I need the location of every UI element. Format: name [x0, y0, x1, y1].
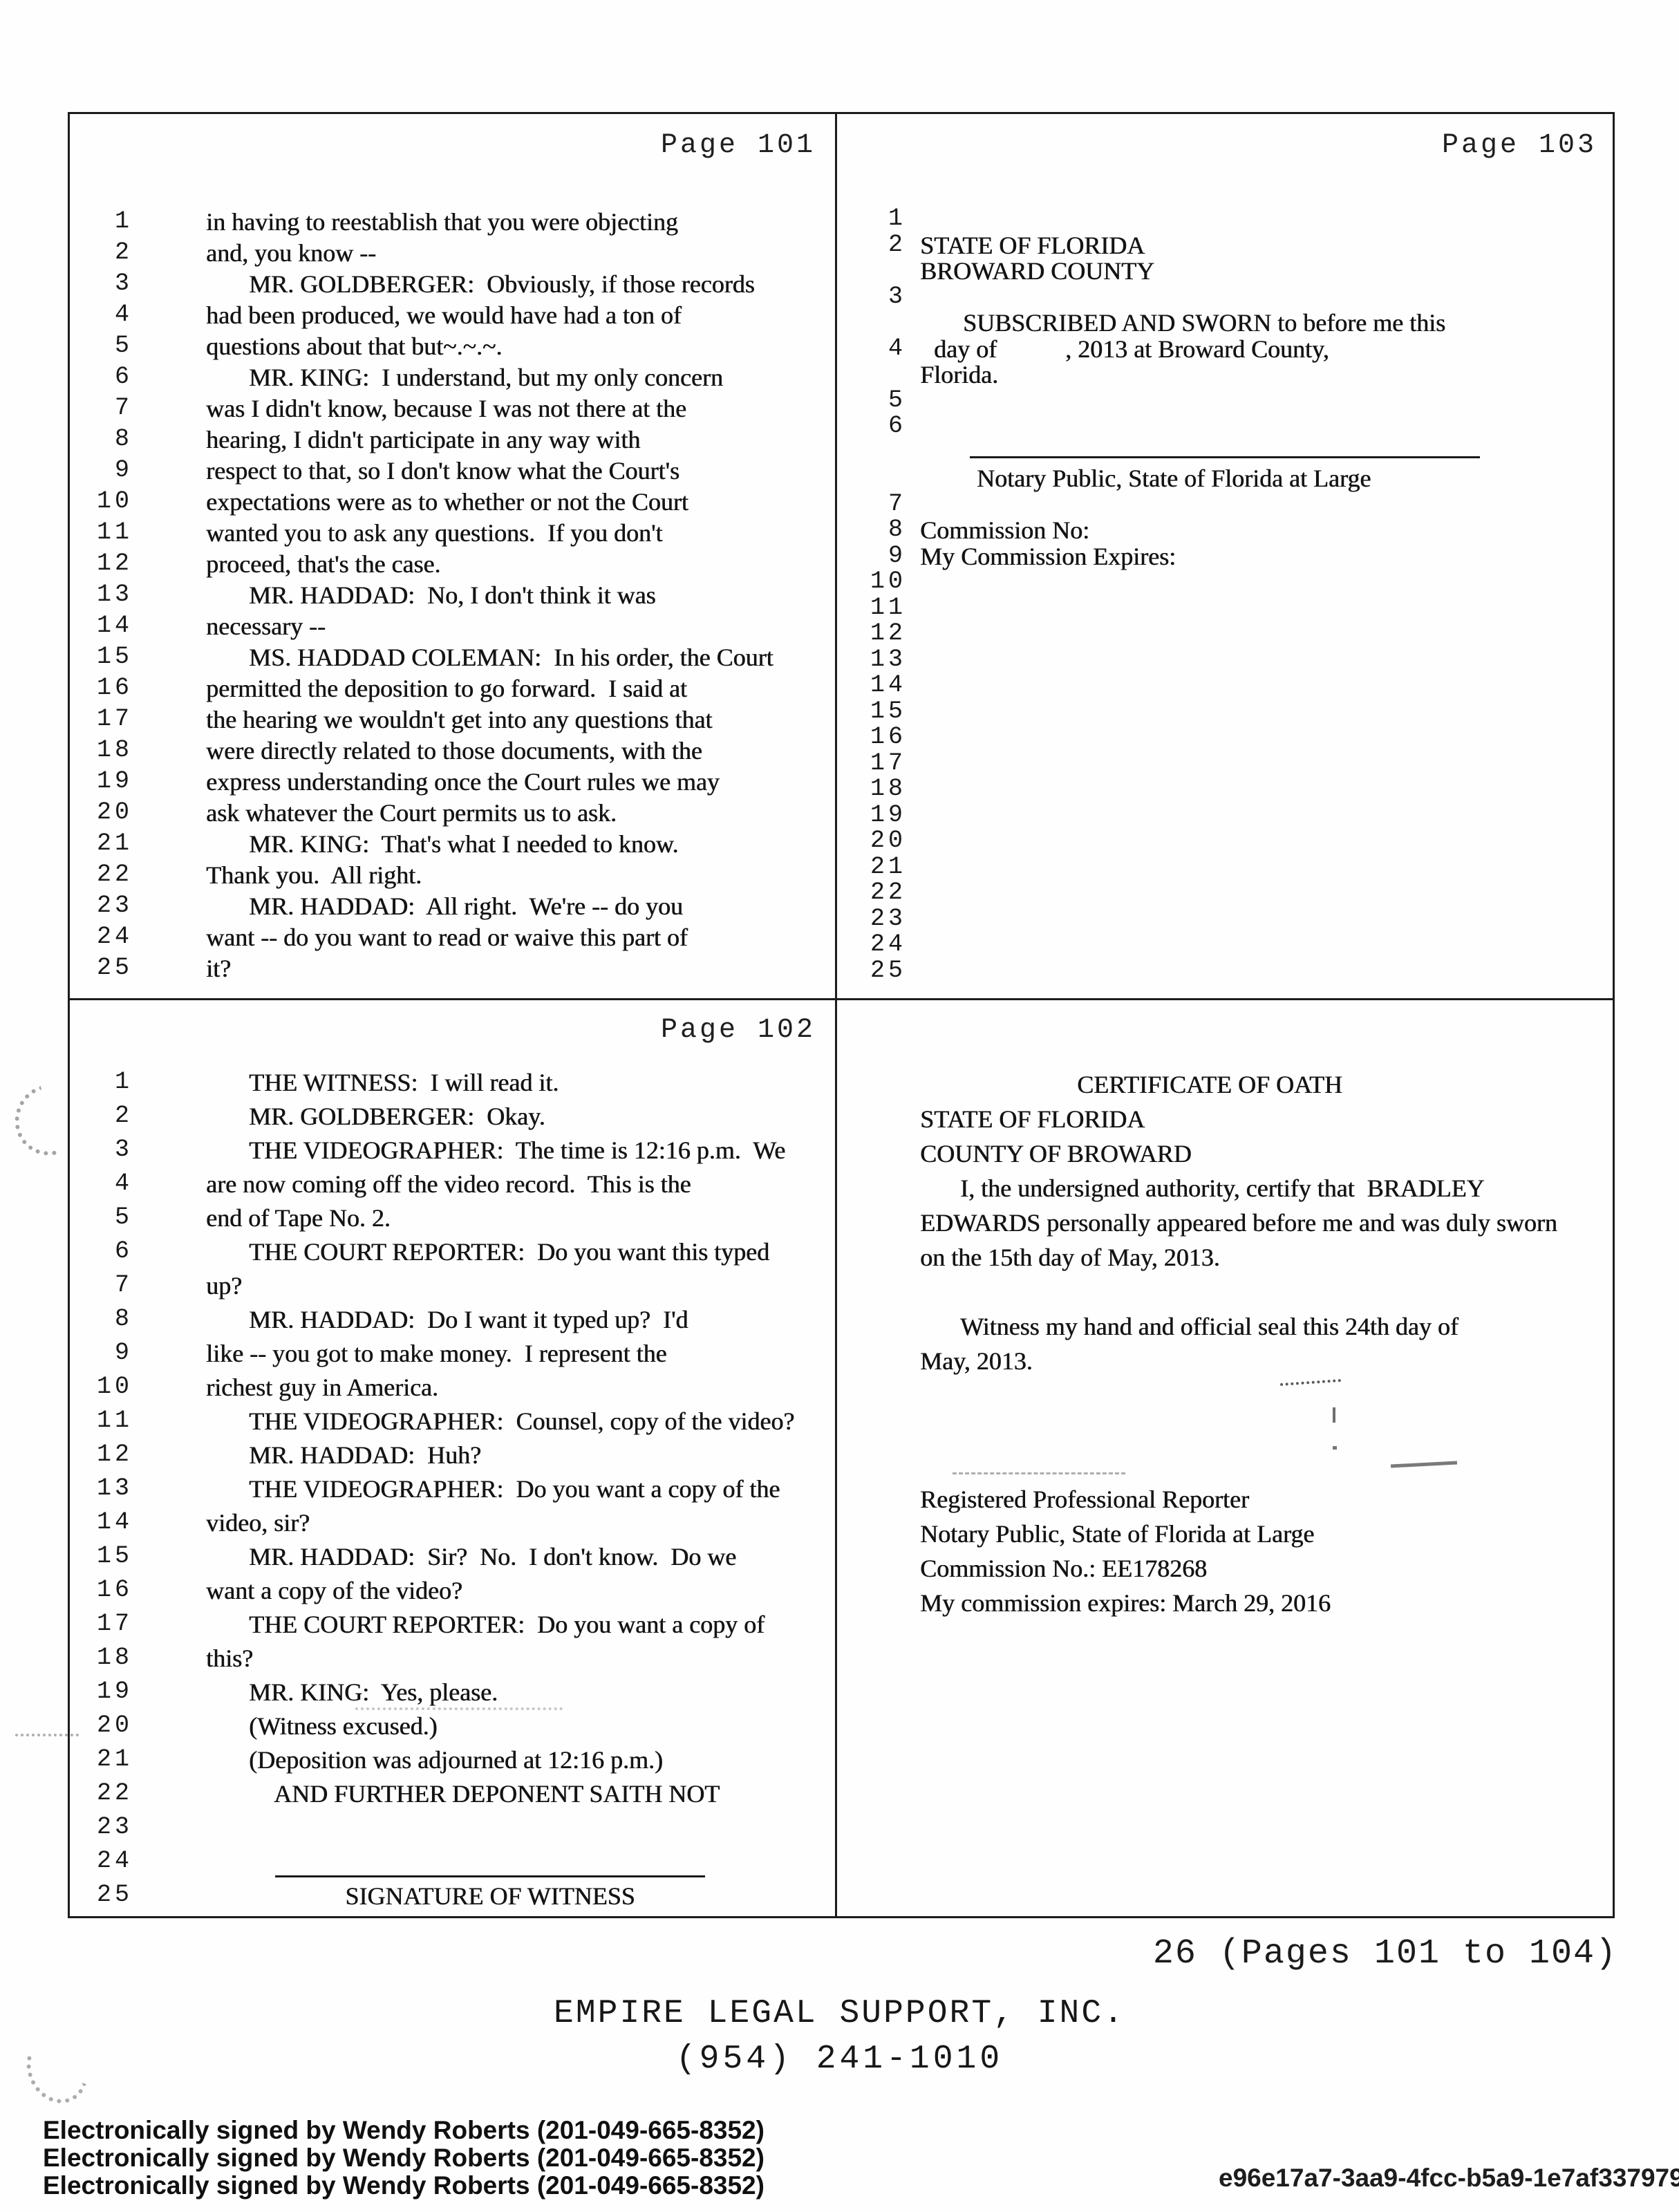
- certificate-line: [837, 1416, 1617, 1450]
- transcript-line: 19 MR. KING: Yes, please.: [68, 1678, 832, 1712]
- line-number: 7: [73, 394, 133, 422]
- page-101-transcript: 1 in having to reestablish that you were…: [68, 207, 832, 985]
- line-number: 25: [73, 1881, 133, 1909]
- certificate-line: Notary Public, State of Florida at Large: [837, 1519, 1617, 1554]
- transcript-line: 21 MR. KING: That's what I needed to kno…: [68, 829, 832, 861]
- line-number: 23: [73, 892, 133, 919]
- line-number: 3: [848, 283, 906, 310]
- line-number: 23: [848, 905, 906, 932]
- esign-text: Electronically signed by Wendy Roberts (…: [43, 2117, 765, 2144]
- line-number: 2: [848, 231, 906, 259]
- line-text: MR. GOLDBERGER: Obviously, if those reco…: [249, 270, 829, 299]
- line-text: MR. HADDAD: All right. We're -- do you: [249, 892, 829, 921]
- esign-line: Electronically signed by Wendy Roberts (…: [43, 2144, 765, 2172]
- certificate-line: I, the undersigned authority, certify th…: [837, 1174, 1617, 1208]
- page-103-transcript: 1 2 STATE OF FLORIDA BROWARD COUNTY 3 SU…: [837, 205, 1617, 982]
- line-number: 16: [73, 1576, 133, 1604]
- scan-smudge-icon: [16, 2025, 99, 2113]
- line-number: 14: [848, 671, 906, 699]
- transcript-line: 10 expectations were as to whether or no…: [68, 487, 832, 518]
- transcript-line: 16: [837, 723, 1617, 749]
- line-text: THE VIDEOGRAPHER: Counsel, copy of the v…: [249, 1407, 829, 1436]
- reporter-signature-remnant-icon: [953, 1472, 1125, 1474]
- esign-line: Electronically signed by Wendy Roberts (…: [43, 2172, 765, 2200]
- line-text: Thank you. All right.: [206, 861, 829, 890]
- line-text: THE COURT REPORTER: Do you want this typ…: [249, 1237, 829, 1266]
- transcript-line: 3: [837, 283, 1617, 309]
- certificate-line: COUNTY OF BROWARD: [837, 1139, 1617, 1174]
- line-number: 16: [73, 674, 133, 702]
- transcript-line: 25 it?: [68, 954, 832, 985]
- line-number: 1: [73, 207, 133, 235]
- transcript-line: 7: [837, 490, 1617, 516]
- line-text: MR. KING: That's what I needed to know.: [249, 829, 829, 859]
- esign-block: Electronically signed by Wendy Roberts (…: [43, 2117, 765, 2200]
- transcript-line: 1 in having to reestablish that you were…: [68, 207, 832, 238]
- line-text: My commission expires: March 29, 2016: [920, 1588, 1614, 1618]
- line-number: 8: [848, 516, 906, 543]
- transcript-line: 15: [837, 697, 1617, 724]
- line-text: MR. HADDAD: Huh?: [249, 1441, 829, 1470]
- line-text: respect to that, so I don't know what th…: [206, 456, 829, 485]
- line-number: 13: [848, 646, 906, 673]
- transcript-line: 1 THE WITNESS: I will read it.: [68, 1068, 832, 1102]
- page-103-header: Page 103: [1168, 130, 1597, 161]
- line-number: 18: [73, 736, 133, 764]
- line-number: 22: [73, 1779, 133, 1807]
- line-text: THE WITNESS: I will read it.: [249, 1068, 829, 1097]
- transcript-line: 7 was I didn't know, because I was not t…: [68, 394, 832, 425]
- line-text: end of Tape No. 2.: [206, 1203, 829, 1232]
- certificate-line: May, 2013.: [837, 1347, 1617, 1381]
- transcript-line: 16 permitted the deposition to go forwar…: [68, 674, 832, 705]
- line-number: 17: [73, 705, 133, 733]
- line-text: THE COURT REPORTER: Do you want a copy o…: [249, 1610, 829, 1639]
- line-number: 4: [848, 335, 906, 362]
- line-number: 15: [73, 643, 133, 671]
- transcript-line: 14 necessary --: [68, 612, 832, 643]
- line-number: 10: [73, 1373, 133, 1400]
- line-text: necessary --: [206, 612, 829, 641]
- line-text: and, you know --: [206, 238, 829, 268]
- line-text: (Witness excused.): [249, 1712, 829, 1741]
- line-number: 3: [73, 1136, 133, 1163]
- transcript-line: 11 THE VIDEOGRAPHER: Counsel, copy of th…: [68, 1407, 832, 1441]
- line-text: (Deposition was adjourned at 12:16 p.m.): [249, 1745, 829, 1774]
- line-text: was I didn't know, because I was not the…: [206, 394, 829, 423]
- line-text: Florida.: [920, 360, 1614, 389]
- transcript-line: 6: [837, 412, 1617, 438]
- certificate-line: Commission No.: EE178268: [837, 1554, 1617, 1588]
- transcript-line: 15 MS. HADDAD COLEMAN: In his order, the…: [68, 643, 832, 674]
- line-number: 25: [73, 954, 133, 982]
- line-text: Witness my hand and official seal this 2…: [960, 1312, 1614, 1341]
- line-number: 21: [848, 853, 906, 881]
- line-number: 21: [73, 1745, 133, 1773]
- transcript-line: 14 video, sir?: [68, 1508, 832, 1542]
- line-text: it?: [206, 954, 829, 983]
- esign-text: Electronically signed by Wendy Roberts (…: [43, 2172, 765, 2200]
- transcript-line: 22: [837, 879, 1617, 905]
- line-text: Notary Public, State of Florida at Large: [977, 464, 1614, 493]
- line-text: hearing, I didn't participate in any way…: [206, 425, 829, 454]
- transcript-line: 16 want a copy of the video?: [68, 1576, 832, 1610]
- line-number: 10: [73, 487, 133, 515]
- line-text: permitted the deposition to go forward. …: [206, 674, 829, 703]
- line-text: BROWARD COUNTY: [920, 256, 1614, 285]
- line-number: 19: [848, 801, 906, 829]
- transcript-line: 1: [837, 205, 1617, 231]
- line-number: 3: [73, 270, 133, 297]
- line-number: 13: [73, 1474, 133, 1502]
- line-text: CERTIFICATE OF OATH: [920, 1070, 1499, 1099]
- transcript-line: 21 (Deposition was adjourned at 12:16 p.…: [68, 1745, 832, 1779]
- line-number: 12: [73, 1441, 133, 1468]
- line-number: 19: [73, 1678, 133, 1705]
- certificate-line: Witness my hand and official seal this 2…: [837, 1312, 1617, 1347]
- transcript-line: 25: [837, 957, 1617, 983]
- line-number: 6: [73, 363, 133, 391]
- transcript-line: Florida.: [837, 360, 1617, 386]
- scan-speck-icon: [1333, 1407, 1335, 1423]
- row-divider: [68, 998, 1615, 1000]
- footer-company-name: EMPIRE LEGAL SUPPORT, INC.: [0, 1995, 1679, 2032]
- line-text: richest guy in America.: [206, 1373, 829, 1402]
- transcript-line: 19: [837, 801, 1617, 827]
- line-number: 16: [848, 723, 906, 751]
- line-text: SUBSCRIBED AND SWORN to before me this: [963, 308, 1614, 337]
- transcript-line: 8 MR. HADDAD: Do I want it typed up? I'd: [68, 1305, 832, 1339]
- transcript-line: 13 THE VIDEOGRAPHER: Do you want a copy …: [68, 1474, 832, 1508]
- line-number: 9: [73, 456, 133, 484]
- scanned-deposition-page: Page 101 Page 103 Page 102 1 in having t…: [0, 0, 1679, 2212]
- transcript-line: SUBSCRIBED AND SWORN to before me this: [837, 308, 1617, 335]
- line-text: SIGNATURE OF WITNESS: [275, 1875, 705, 1911]
- line-text: on the 15th day of May, 2013.: [920, 1243, 1614, 1272]
- line-number: 17: [848, 749, 906, 777]
- certificate-line: [837, 1277, 1617, 1312]
- scan-speck-icon: [15, 1734, 79, 1736]
- line-number: 23: [73, 1813, 133, 1841]
- transcript-line: 5 questions about that but~.~.~.: [68, 332, 832, 363]
- transcript-line: 2 STATE OF FLORIDA: [837, 231, 1617, 257]
- line-number: 4: [73, 1170, 133, 1197]
- transcript-line: 3 MR. GOLDBERGER: Obviously, if those re…: [68, 270, 832, 301]
- scan-speck-icon: [1333, 1446, 1337, 1450]
- transcript-line: 23: [837, 905, 1617, 931]
- transcript-line: 12 proceed, that's the case.: [68, 550, 832, 581]
- line-text: the hearing we wouldn't get into any que…: [206, 705, 829, 734]
- line-number: 22: [848, 879, 906, 906]
- transcript-line: 23 MR. HADDAD: All right. We're -- do yo…: [68, 892, 832, 923]
- line-number: 18: [848, 775, 906, 803]
- line-number: 1: [73, 1068, 133, 1096]
- line-text: Notary Public, State of Florida at Large: [920, 1519, 1614, 1548]
- line-number: 22: [73, 861, 133, 888]
- transcript-line: Notary Public, State of Florida at Large: [837, 464, 1617, 490]
- line-text: MR. HADDAD: No, I don't think it was: [249, 581, 829, 610]
- line-text: MR. HADDAD: Do I want it typed up? I'd: [249, 1305, 829, 1334]
- transcript-line: 13: [837, 646, 1617, 672]
- certificate-line: EDWARDS personally appeared before me an…: [837, 1208, 1617, 1243]
- line-text: up?: [206, 1271, 829, 1300]
- line-text: expectations were as to whether or not t…: [206, 487, 829, 516]
- line-text: AND FURTHER DEPONENT SAITH NOT: [274, 1779, 829, 1808]
- transcript-line: 9 like -- you got to make money. I repre…: [68, 1339, 832, 1373]
- line-number: 1: [848, 205, 906, 232]
- line-number: 6: [73, 1237, 133, 1265]
- transcript-line: 20: [837, 827, 1617, 853]
- line-number: 17: [73, 1610, 133, 1638]
- transcript-line: 9 My Commission Expires:: [837, 542, 1617, 568]
- transcript-line: 4 day of , 2013 at Broward County,: [837, 335, 1617, 361]
- transcript-line: 10 richest guy in America.: [68, 1373, 832, 1407]
- line-number: 5: [848, 386, 906, 414]
- certificate-line: STATE OF FLORIDA: [837, 1105, 1617, 1139]
- certificate-line: Registered Professional Reporter: [837, 1485, 1617, 1519]
- line-number: 8: [73, 425, 133, 453]
- line-number: 19: [73, 767, 133, 795]
- line-number: 12: [73, 550, 133, 577]
- footer-phone: (954) 241-1010: [0, 2041, 1679, 2078]
- certificate-line: [837, 1450, 1617, 1485]
- line-number: 20: [848, 827, 906, 854]
- transcript-line: 18: [837, 775, 1617, 801]
- transcript-line: 22 AND FURTHER DEPONENT SAITH NOT: [68, 1779, 832, 1813]
- transcript-line: 12 MR. HADDAD: Huh?: [68, 1441, 832, 1474]
- line-text: MR. KING: I understand, but my only conc…: [249, 363, 829, 392]
- line-number: 20: [73, 798, 133, 826]
- line-text: had been produced, we would have had a t…: [206, 301, 829, 330]
- transcript-line: 17 the hearing we wouldn't get into any …: [68, 705, 832, 736]
- esign-line: Electronically signed by Wendy Roberts (…: [43, 2117, 765, 2144]
- transcript-line: 5: [837, 386, 1617, 413]
- transcript-line: 8 hearing, I didn't participate in any w…: [68, 425, 832, 456]
- line-text: are now coming off the video record. Thi…: [206, 1170, 829, 1199]
- transcript-line: 25 SIGNATURE OF WITNESS: [68, 1881, 832, 1915]
- transcript-line: 23: [68, 1813, 832, 1847]
- line-text: express understanding once the Court rul…: [206, 767, 829, 796]
- line-number: 7: [73, 1271, 133, 1299]
- transcript-line: 11: [837, 594, 1617, 620]
- line-text: questions about that but~.~.~.: [206, 332, 829, 361]
- transcript-line: 18 were directly related to those docume…: [68, 736, 832, 767]
- line-number: 7: [848, 490, 906, 518]
- line-number: 5: [73, 1203, 133, 1231]
- line-number: 10: [848, 568, 906, 595]
- line-number: 2: [73, 238, 133, 266]
- line-number: 8: [73, 1305, 133, 1333]
- line-text: video, sir?: [206, 1508, 829, 1537]
- transcript-line: 20 (Witness excused.): [68, 1712, 832, 1745]
- line-text: MR. KING: Yes, please.: [249, 1678, 829, 1707]
- line-number: 13: [73, 581, 133, 608]
- line-number: 4: [73, 301, 133, 328]
- line-number: 24: [848, 930, 906, 958]
- line-text: COUNTY OF BROWARD: [920, 1139, 1614, 1168]
- line-text: [970, 456, 1480, 458]
- line-number: 9: [848, 542, 906, 570]
- transcript-line: 24: [837, 930, 1617, 957]
- line-text: Commission No.: EE178268: [920, 1554, 1614, 1583]
- line-number: 24: [73, 923, 133, 950]
- transcript-line: 18 this?: [68, 1644, 832, 1678]
- line-number: 11: [848, 594, 906, 621]
- transcript-line: 17 THE COURT REPORTER: Do you want a cop…: [68, 1610, 832, 1644]
- certificate-line: [837, 1381, 1617, 1416]
- line-number: 14: [73, 612, 133, 639]
- transcript-line: 8 Commission No:: [837, 516, 1617, 542]
- line-number: 15: [848, 697, 906, 725]
- transcript-line: 2 MR. GOLDBERGER: Okay.: [68, 1102, 832, 1136]
- transcript-line: 4 are now coming off the video record. T…: [68, 1170, 832, 1203]
- line-number: 9: [73, 1339, 133, 1367]
- transcript-line: 4 had been produced, we would have had a…: [68, 301, 832, 332]
- scan-speck-icon: [355, 1707, 563, 1710]
- line-text: Registered Professional Reporter: [920, 1485, 1614, 1514]
- line-number: 18: [73, 1644, 133, 1671]
- transcript-line: 20 ask whatever the Court permits us to …: [68, 798, 832, 829]
- page-102-transcript: 1 THE WITNESS: I will read it. 2 MR. GOL…: [68, 1068, 832, 1915]
- line-text: MS. HADDAD COLEMAN: In his order, the Co…: [249, 643, 829, 672]
- certificate-line: on the 15th day of May, 2013.: [837, 1243, 1617, 1277]
- line-text: wanted you to ask any questions. If you …: [206, 518, 829, 547]
- certificate-line: My commission expires: March 29, 2016: [837, 1588, 1617, 1623]
- transcript-line: 24 want -- do you want to read or waive …: [68, 923, 832, 954]
- line-text: want -- do you want to read or waive thi…: [206, 923, 829, 952]
- transcript-line: 5 end of Tape No. 2.: [68, 1203, 832, 1237]
- line-text: ask whatever the Court permits us to ask…: [206, 798, 829, 827]
- page-101-header: Page 101: [387, 130, 816, 161]
- line-text: MR. GOLDBERGER: Okay.: [249, 1102, 829, 1131]
- line-text: THE VIDEOGRAPHER: The time is 12:16 p.m.…: [249, 1136, 829, 1165]
- transcript-line: 10: [837, 568, 1617, 594]
- line-text: STATE OF FLORIDA: [920, 231, 1614, 260]
- line-text: proceed, that's the case.: [206, 550, 829, 579]
- line-number: 11: [73, 518, 133, 546]
- certificate-of-oath: CERTIFICATE OF OATH STATE OF FLORIDA COU…: [837, 1070, 1617, 1623]
- line-number: 25: [848, 957, 906, 984]
- line-text: EDWARDS personally appeared before me an…: [920, 1208, 1614, 1237]
- transcript-line: 14: [837, 671, 1617, 697]
- line-number: 21: [73, 829, 133, 857]
- transcript-line: 7 up?: [68, 1271, 832, 1305]
- transcript-line: 6 MR. KING: I understand, but my only co…: [68, 363, 832, 394]
- transcript-line: 13 MR. HADDAD: No, I don't think it was: [68, 581, 832, 612]
- line-number: 12: [848, 619, 906, 647]
- transcript-line: 2 and, you know --: [68, 238, 832, 270]
- transcript-line: 22 Thank you. All right.: [68, 861, 832, 892]
- esign-text: Electronically signed by Wendy Roberts (…: [43, 2144, 765, 2172]
- line-text: were directly related to those documents…: [206, 736, 829, 765]
- transcript-line: BROWARD COUNTY: [837, 256, 1617, 283]
- line-text: My Commission Expires:: [920, 542, 1614, 571]
- line-text: THE VIDEOGRAPHER: Do you want a copy of …: [249, 1474, 829, 1503]
- transcript-line: 17: [837, 749, 1617, 776]
- transcript-line: 15 MR. HADDAD: Sir? No. I don't know. Do…: [68, 1542, 832, 1576]
- transcript-line: 3 THE VIDEOGRAPHER: The time is 12:16 p.…: [68, 1136, 832, 1170]
- footer-page-range: 26 (Pages 101 to 104): [896, 1934, 1617, 1974]
- line-number: 24: [73, 1847, 133, 1875]
- transcript-line: [837, 438, 1617, 465]
- line-text: this?: [206, 1644, 829, 1673]
- transcript-line: 6 THE COURT REPORTER: Do you want this t…: [68, 1237, 832, 1271]
- transcript-line: 9 respect to that, so I don't know what …: [68, 456, 832, 487]
- transcript-line: 19 express understanding once the Court …: [68, 767, 832, 798]
- transcript-line: 21: [837, 853, 1617, 879]
- line-number: 11: [73, 1407, 133, 1434]
- line-number: 6: [848, 412, 906, 440]
- line-number: 14: [73, 1508, 133, 1536]
- line-text: I, the undersigned authority, certify th…: [960, 1174, 1614, 1203]
- transcript-line: 11 wanted you to ask any questions. If y…: [68, 518, 832, 550]
- line-text: day of , 2013 at Broward County,: [934, 335, 1614, 364]
- line-text: Commission No:: [920, 516, 1614, 545]
- line-number: 15: [73, 1542, 133, 1570]
- line-text: want a copy of the video?: [206, 1576, 829, 1605]
- line-text: May, 2013.: [920, 1347, 1614, 1376]
- line-number: 5: [73, 332, 133, 359]
- line-text: STATE OF FLORIDA: [920, 1105, 1614, 1134]
- line-number: 20: [73, 1712, 133, 1739]
- document-id: e96e17a7-3aa9-4fcc-b5a9-1e7af337979: [1219, 2164, 1679, 2193]
- line-text: like -- you got to make money. I represe…: [206, 1339, 829, 1368]
- certificate-line: CERTIFICATE OF OATH: [837, 1070, 1617, 1105]
- page-102-header: Page 102: [387, 1015, 816, 1046]
- line-text: in having to reestablish that you were o…: [206, 207, 829, 236]
- transcript-line: 12: [837, 619, 1617, 646]
- line-text: MR. HADDAD: Sir? No. I don't know. Do we: [249, 1542, 829, 1571]
